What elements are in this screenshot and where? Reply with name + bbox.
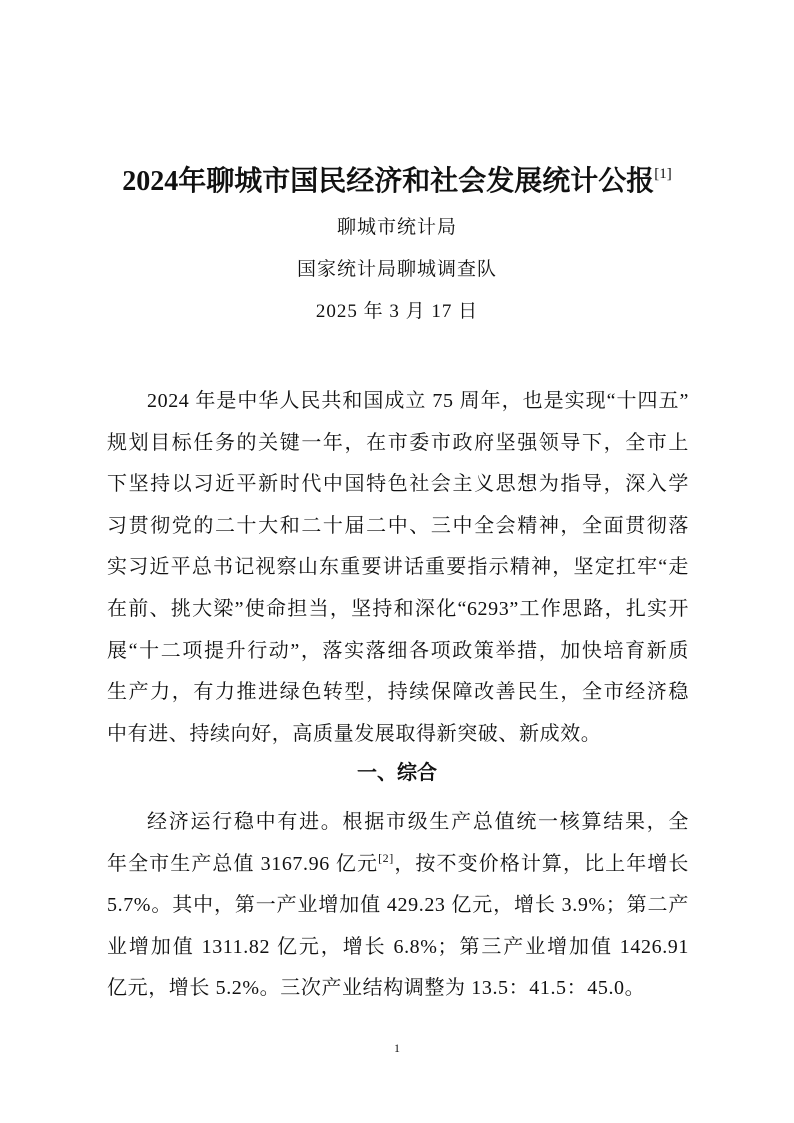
intro-paragraph: 2024 年是中华人民共和国成立 75 周年，也是实现“十四五” 规划目标任务的…: [107, 381, 689, 755]
paragraph-line: 规划目标任务的关键一年，在市委市政府坚强领导下，全市上: [107, 423, 689, 465]
title-text: 2024年聊城市国民经济和社会发展统计公报: [122, 166, 654, 197]
gdp-text: 年全市生产总值 3167.96 亿元: [107, 853, 378, 875]
page-number: 1: [0, 1040, 794, 1056]
paragraph-line: 生产力，有力推进绿色转型，持续保障改善民生，全市经济稳: [107, 672, 689, 714]
paragraph-line: 展“十二项提升行动”，落实落细各项政策举措，加快培育新质: [107, 631, 689, 673]
title-footnote-marker[interactable]: [1]: [654, 166, 672, 182]
gdp-text-continued: ，按不变价格计算，比上年增长: [394, 853, 689, 875]
section-heading-overview: 一、综合: [0, 757, 794, 787]
paragraph-line: 在前、挑大梁”使命担当，坚持和深化“6293”工作思路，扎实开: [107, 589, 689, 631]
publication-date: 2025 年 3 月 17 日: [0, 298, 794, 326]
paragraph-line: 经济运行稳中有进。根据市级生产总值统一核算结果，全: [107, 802, 689, 844]
paragraph-line: 习贯彻党的二十大和二十届二中、三中全会精神，全面贯彻落: [107, 506, 689, 548]
paragraph-line: 中有进、持续向好，高质量发展取得新突破、新成效。: [107, 714, 689, 756]
paragraph-line: 实习近平总书记视察山东重要讲话重要指示精神，坚定扛牢“走: [107, 547, 689, 589]
paragraph-line: 下坚持以习近平新时代中国特色社会主义思想为指导，深入学: [107, 464, 689, 506]
paragraph-line: 2024 年是中华人民共和国成立 75 周年，也是实现“十四五”: [107, 381, 689, 423]
overview-paragraph: 经济运行稳中有进。根据市级生产总值统一核算结果，全 年全市生产总值 3167.9…: [107, 802, 689, 1010]
paragraph-line: 年全市生产总值 3167.96 亿元[2]，按不变价格计算，比上年增长: [107, 844, 689, 886]
paragraph-line: 亿元，增长 5.2%。三次产业结构调整为 13.5：41.5：45.0。: [107, 968, 689, 1010]
issuer-statistics-bureau: 聊城市统计局: [0, 214, 794, 242]
paragraph-line: 5.7%。其中，第一产业增加值 429.23 亿元，增长 3.9%；第二产: [107, 885, 689, 927]
paragraph-line: 业增加值 1311.82 亿元，增长 6.8%；第三产业增加值 1426.91: [107, 927, 689, 969]
gdp-footnote-marker[interactable]: [2]: [378, 851, 394, 865]
issuer-survey-team: 国家统计局聊城调查队: [0, 256, 794, 284]
document-title: 2024年聊城市国民经济和社会发展统计公报[1]: [0, 160, 794, 204]
document-page: 2024年聊城市国民经济和社会发展统计公报[1] 聊城市统计局 国家统计局聊城调…: [0, 0, 794, 1123]
